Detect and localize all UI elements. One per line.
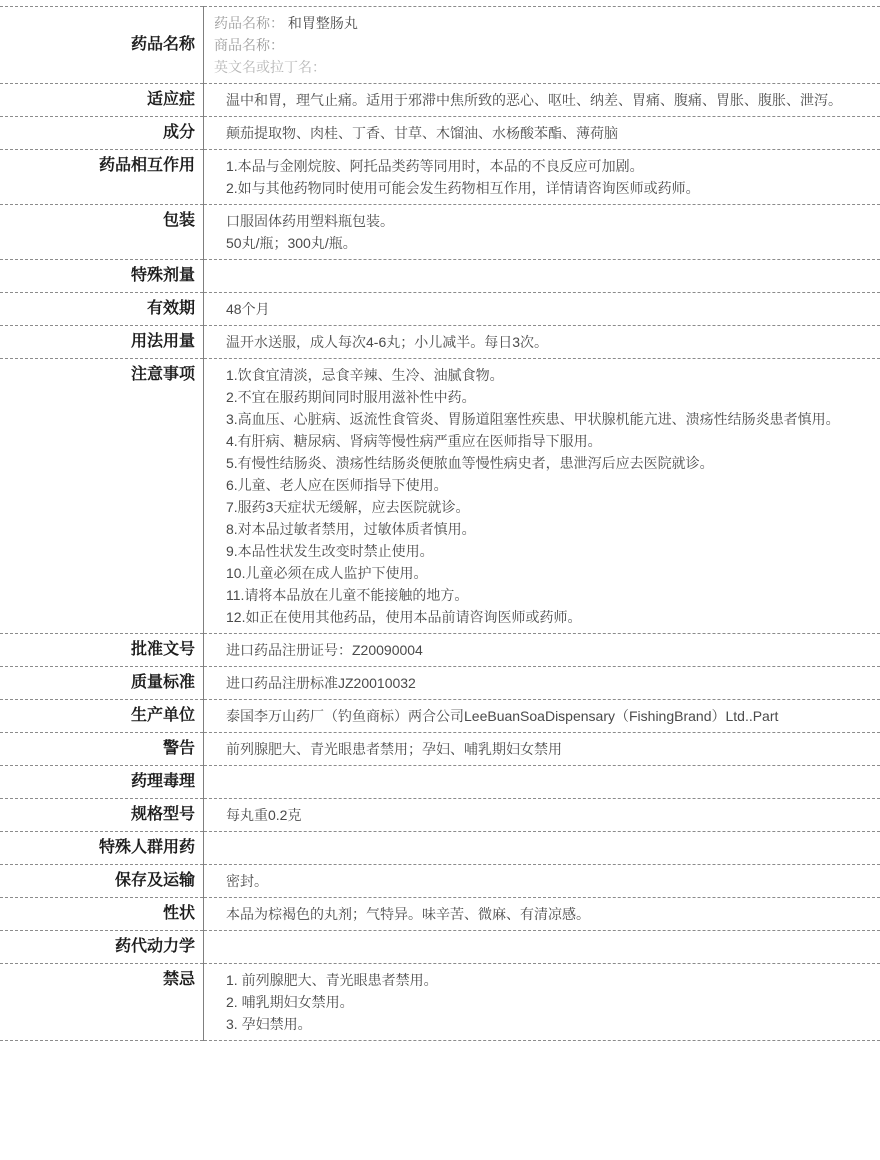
content-text: 3. 孕妇禁用。 <box>226 1016 312 1032</box>
table-row-special-dosage: 特殊剂量 <box>0 260 880 293</box>
table-row-precautions: 注意事项1.饮食宜清淡，忌食辛辣、生冷、油腻食物。2.不宜在服药期间同时服用滋补… <box>0 359 880 634</box>
content-text: 1. 前列腺肥大、青光眼患者禁用。 <box>226 972 438 988</box>
content-line: 1.本品与金刚烷胺、阿托品类药等同用时，本品的不良反应可加剧。 <box>210 155 868 177</box>
content-text: 每丸重0.2克 <box>226 807 301 823</box>
row-content-drug-name: 药品名称： 和胃整肠丸商品名称：英文名或拉丁名： <box>204 7 880 84</box>
row-content-manufacturer: 泰国李万山药厂（钓鱼商标）两合公司LeeBuanSoaDispensary（Fi… <box>204 700 880 733</box>
row-content-shelf-life: 48个月 <box>204 293 880 326</box>
content-line: 进口药品注册标准JZ20010032 <box>210 672 868 694</box>
row-label-special-populations: 特殊人群用药 <box>0 832 204 865</box>
content-line: 6.儿童、老人应在医师指导下使用。 <box>210 474 868 496</box>
row-label-approval-number: 批准文号 <box>0 634 204 667</box>
table-row-packaging: 包装口服固体药用塑料瓶包装。50丸/瓶；300丸/瓶。 <box>0 205 880 260</box>
content-text: 温开水送服，成人每次4-6丸；小儿减半。每日3次。 <box>226 334 548 350</box>
content-text: 口服固体药用塑料瓶包装。 <box>226 213 394 229</box>
content-text: 1.本品与金刚烷胺、阿托品类药等同用时，本品的不良反应可加剧。 <box>226 158 644 174</box>
content-line: 口服固体药用塑料瓶包装。 <box>210 210 868 232</box>
row-content-ingredients: 颠茄提取物、肉桂、丁香、甘草、木馏油、水杨酸苯酯、薄荷脑 <box>204 117 880 150</box>
row-content-warning: 前列腺肥大、青光眼患者禁用；孕妇、哺乳期妇女禁用 <box>204 733 880 766</box>
content-line: 2.如与其他药物同时使用可能会发生药物相互作用，详情请咨询医师或药师。 <box>210 177 868 199</box>
content-text: 进口药品注册证号：Z20090004 <box>226 642 423 658</box>
content-text: 8.对本品过敏者禁用，过敏体质者慎用。 <box>226 521 476 537</box>
content-line: 2.不宜在服药期间同时服用滋补性中药。 <box>210 386 868 408</box>
row-label-contraindications: 禁忌 <box>0 964 204 1041</box>
table-row-contraindications: 禁忌1. 前列腺肥大、青光眼患者禁用。2. 哺乳期妇女禁用。3. 孕妇禁用。 <box>0 964 880 1041</box>
row-label-ingredients: 成分 <box>0 117 204 150</box>
content-line: 温中和胃，理气止痛。适用于邪滞中焦所致的恶心、呕吐、纳差、胃痛、腹痛、胃胀、腹胀… <box>210 89 868 111</box>
content-line: 泰国李万山药厂（钓鱼商标）两合公司LeeBuanSoaDispensary（Fi… <box>210 705 868 727</box>
content-line: 每丸重0.2克 <box>210 804 868 826</box>
row-content-properties: 本品为棕褐色的丸剂；气特异。味辛苦、微麻、有清凉感。 <box>204 898 880 931</box>
table-row-usage-dosage: 用法用量温开水送服，成人每次4-6丸；小儿减半。每日3次。 <box>0 326 880 359</box>
table-row-specification: 规格型号每丸重0.2克 <box>0 799 880 832</box>
row-content-quality-standard: 进口药品注册标准JZ20010032 <box>204 667 880 700</box>
table-row-properties: 性状本品为棕褐色的丸剂；气特异。味辛苦、微麻、有清凉感。 <box>0 898 880 931</box>
row-label-drug-interactions: 药品相互作用 <box>0 150 204 205</box>
content-text: 本品为棕褐色的丸剂；气特异。味辛苦、微麻、有清凉感。 <box>226 906 590 922</box>
content-line: 进口药品注册证号：Z20090004 <box>210 639 868 661</box>
content-line: 本品为棕褐色的丸剂；气特异。味辛苦、微麻、有清凉感。 <box>210 903 868 925</box>
content-text: 9.本品性状发生改变时禁止使用。 <box>226 543 434 559</box>
content-text: 4.有肝病、糖尿病、肾病等慢性病严重应在医师指导下服用。 <box>226 433 602 449</box>
table-row-approval-number: 批准文号进口药品注册证号：Z20090004 <box>0 634 880 667</box>
table-row-shelf-life: 有效期48个月 <box>0 293 880 326</box>
row-label-storage-transport: 保存及运输 <box>0 865 204 898</box>
content-line: 8.对本品过敏者禁用，过敏体质者慎用。 <box>210 518 868 540</box>
row-content-packaging: 口服固体药用塑料瓶包装。50丸/瓶；300丸/瓶。 <box>204 205 880 260</box>
table-row-manufacturer: 生产单位泰国李万山药厂（钓鱼商标）两合公司LeeBuanSoaDispensar… <box>0 700 880 733</box>
row-label-specification: 规格型号 <box>0 799 204 832</box>
row-label-properties: 性状 <box>0 898 204 931</box>
table-row-pharmacology-toxicology: 药理毒理 <box>0 766 880 799</box>
content-text: 2.不宜在服药期间同时服用滋补性中药。 <box>226 389 476 405</box>
content-line: 颠茄提取物、肉桂、丁香、甘草、木馏油、水杨酸苯酯、薄荷脑 <box>210 122 868 144</box>
content-line: 11.请将本品放在儿童不能接触的地方。 <box>210 584 868 606</box>
row-content-usage-dosage: 温开水送服，成人每次4-6丸；小儿减半。每日3次。 <box>204 326 880 359</box>
content-text: 温中和胃，理气止痛。适用于邪滞中焦所致的恶心、呕吐、纳差、胃痛、腹痛、胃胀、腹胀… <box>226 92 842 108</box>
row-content-special-dosage <box>204 260 880 293</box>
content-line: 3. 孕妇禁用。 <box>210 1013 868 1035</box>
row-label-precautions: 注意事项 <box>0 359 204 634</box>
row-label-warning: 警告 <box>0 733 204 766</box>
row-content-drug-interactions: 1.本品与金刚烷胺、阿托品类药等同用时，本品的不良反应可加剧。2.如与其他药物同… <box>204 150 880 205</box>
content-text: 密封。 <box>226 873 268 889</box>
table-row-storage-transport: 保存及运输密封。 <box>0 865 880 898</box>
content-text: 前列腺肥大、青光眼患者禁用；孕妇、哺乳期妇女禁用 <box>226 741 562 757</box>
content-line: 12.如正在使用其他药品，使用本品前请咨询医师或药师。 <box>210 606 868 628</box>
content-text: 进口药品注册标准JZ20010032 <box>226 675 416 691</box>
content-text: 5.有慢性结肠炎、溃疡性结肠炎便脓血等慢性病史者，患泄泻后应去医院就诊。 <box>226 455 714 471</box>
content-text: 1.饮食宜清淡，忌食辛辣、生冷、油腻食物。 <box>226 367 504 383</box>
row-label-pharmacokinetics: 药代动力学 <box>0 931 204 964</box>
table-row-special-populations: 特殊人群用药 <box>0 832 880 865</box>
content-text: 2. 哺乳期妇女禁用。 <box>226 994 354 1010</box>
row-content-contraindications: 1. 前列腺肥大、青光眼患者禁用。2. 哺乳期妇女禁用。3. 孕妇禁用。 <box>204 964 880 1041</box>
row-label-usage-dosage: 用法用量 <box>0 326 204 359</box>
content-line: 10.儿童必须在成人监护下使用。 <box>210 562 868 584</box>
content-line: 1. 前列腺肥大、青光眼患者禁用。 <box>210 969 868 991</box>
field-label-text: 英文名或拉丁名： <box>214 59 326 75</box>
field-label-text: 药品名称： <box>214 15 284 31</box>
content-text: 6.儿童、老人应在医师指导下使用。 <box>226 477 448 493</box>
table-row-warning: 警告前列腺肥大、青光眼患者禁用；孕妇、哺乳期妇女禁用 <box>0 733 880 766</box>
content-line: 密封。 <box>210 870 868 892</box>
row-label-manufacturer: 生产单位 <box>0 700 204 733</box>
field-label-text: 商品名称： <box>214 37 284 53</box>
content-line: 5.有慢性结肠炎、溃疡性结肠炎便脓血等慢性病史者，患泄泻后应去医院就诊。 <box>210 452 868 474</box>
drug-table-body: 药品名称药品名称： 和胃整肠丸商品名称：英文名或拉丁名：适应症温中和胃，理气止痛… <box>0 7 880 1041</box>
row-content-pharmacokinetics <box>204 931 880 964</box>
content-line: 2. 哺乳期妇女禁用。 <box>210 991 868 1013</box>
content-line: 3.高血压、心脏病、返流性食管炎、胃肠道阻塞性疾患、甲状腺机能亢进、溃疡性结肠炎… <box>210 408 868 430</box>
content-line: 1.饮食宜清淡，忌食辛辣、生冷、油腻食物。 <box>210 364 868 386</box>
table-row-drug-interactions: 药品相互作用1.本品与金刚烷胺、阿托品类药等同用时，本品的不良反应可加剧。2.如… <box>0 150 880 205</box>
row-content-pharmacology-toxicology <box>204 766 880 799</box>
content-line: 4.有肝病、糖尿病、肾病等慢性病严重应在医师指导下服用。 <box>210 430 868 452</box>
content-text: 颠茄提取物、肉桂、丁香、甘草、木馏油、水杨酸苯酯、薄荷脑 <box>226 125 618 141</box>
table-row-pharmacokinetics: 药代动力学 <box>0 931 880 964</box>
row-content-precautions: 1.饮食宜清淡，忌食辛辣、生冷、油腻食物。2.不宜在服药期间同时服用滋补性中药。… <box>204 359 880 634</box>
row-content-special-populations <box>204 832 880 865</box>
row-label-quality-standard: 质量标准 <box>0 667 204 700</box>
row-label-drug-name: 药品名称 <box>0 7 204 84</box>
row-label-shelf-life: 有效期 <box>0 293 204 326</box>
content-text: 10.儿童必须在成人监护下使用。 <box>226 565 427 581</box>
content-text: 泰国李万山药厂（钓鱼商标）两合公司LeeBuanSoaDispensary（Fi… <box>226 708 778 724</box>
content-text: 48个月 <box>226 301 270 317</box>
table-row-ingredients: 成分颠茄提取物、肉桂、丁香、甘草、木馏油、水杨酸苯酯、薄荷脑 <box>0 117 880 150</box>
content-line: 50丸/瓶；300丸/瓶。 <box>210 232 868 254</box>
content-line: 药品名称： 和胃整肠丸 <box>210 12 868 34</box>
content-line: 前列腺肥大、青光眼患者禁用；孕妇、哺乳期妇女禁用 <box>210 738 868 760</box>
content-line: 商品名称： <box>210 34 868 56</box>
row-content-specification: 每丸重0.2克 <box>204 799 880 832</box>
row-content-indications: 温中和胃，理气止痛。适用于邪滞中焦所致的恶心、呕吐、纳差、胃痛、腹痛、胃胀、腹胀… <box>204 84 880 117</box>
row-content-storage-transport: 密封。 <box>204 865 880 898</box>
row-label-packaging: 包装 <box>0 205 204 260</box>
table-row-quality-standard: 质量标准进口药品注册标准JZ20010032 <box>0 667 880 700</box>
content-line: 9.本品性状发生改变时禁止使用。 <box>210 540 868 562</box>
row-label-pharmacology-toxicology: 药理毒理 <box>0 766 204 799</box>
content-text: 11.请将本品放在儿童不能接触的地方。 <box>226 587 468 603</box>
content-line: 温开水送服，成人每次4-6丸；小儿减半。每日3次。 <box>210 331 868 353</box>
content-text: 12.如正在使用其他药品，使用本品前请咨询医师或药师。 <box>226 609 581 625</box>
content-line: 英文名或拉丁名： <box>210 56 868 78</box>
content-text: 2.如与其他药物同时使用可能会发生药物相互作用，详情请咨询医师或药师。 <box>226 180 700 196</box>
content-text: 和胃整肠丸 <box>284 15 358 31</box>
content-text: 7.服药3天症状无缓解，应去医院就诊。 <box>226 499 469 515</box>
content-line: 7.服药3天症状无缓解，应去医院就诊。 <box>210 496 868 518</box>
row-content-approval-number: 进口药品注册证号：Z20090004 <box>204 634 880 667</box>
drug-info-table: 药品名称药品名称： 和胃整肠丸商品名称：英文名或拉丁名：适应症温中和胃，理气止痛… <box>0 6 880 1041</box>
content-text: 3.高血压、心脏病、返流性食管炎、胃肠道阻塞性疾患、甲状腺机能亢进、溃疡性结肠炎… <box>226 411 840 427</box>
table-row-indications: 适应症温中和胃，理气止痛。适用于邪滞中焦所致的恶心、呕吐、纳差、胃痛、腹痛、胃胀… <box>0 84 880 117</box>
content-text: 50丸/瓶；300丸/瓶。 <box>226 235 357 251</box>
content-line: 48个月 <box>210 298 868 320</box>
table-row-drug-name: 药品名称药品名称： 和胃整肠丸商品名称：英文名或拉丁名： <box>0 7 880 84</box>
row-label-indications: 适应症 <box>0 84 204 117</box>
row-label-special-dosage: 特殊剂量 <box>0 260 204 293</box>
